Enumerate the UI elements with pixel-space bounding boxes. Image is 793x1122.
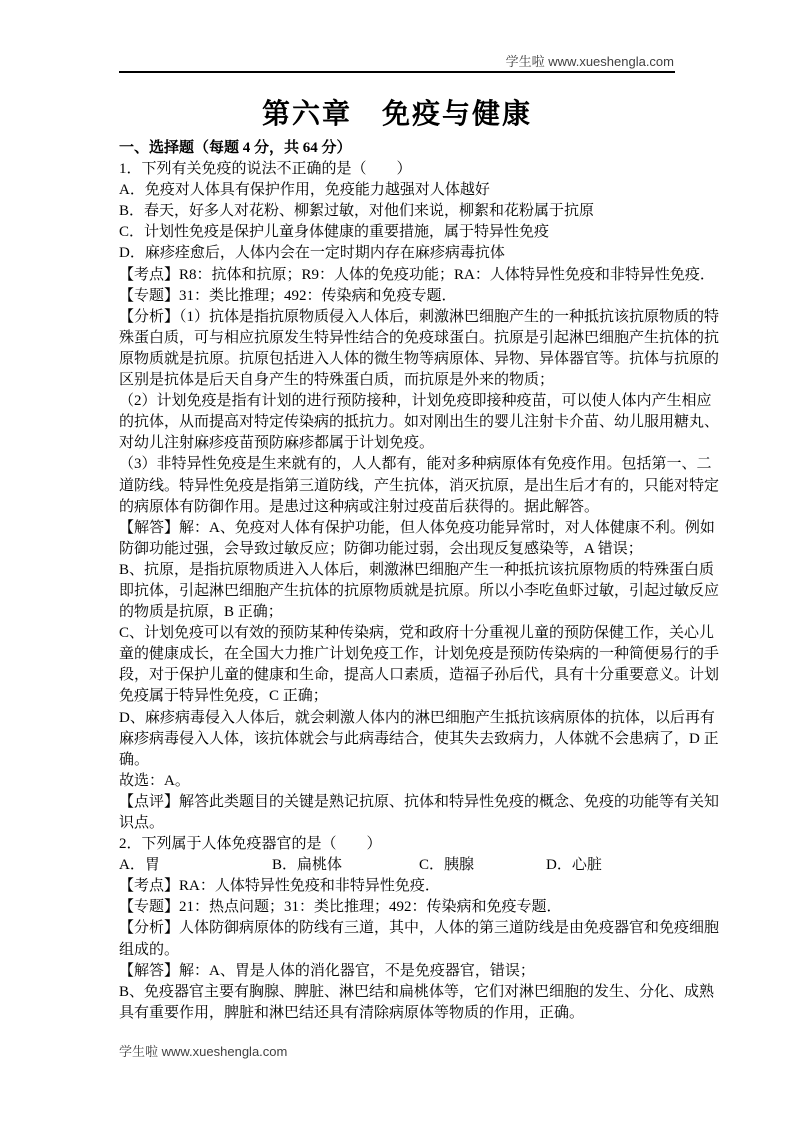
text-line: （2）计划免疫是指有计划的进行预防接种，计划免疫即接种疫苗，可以使人体内产生相应 — [119, 391, 675, 412]
text-line: 【专题】21：热点问题；31：类比推理；492：传染病和免疫专题． — [119, 897, 675, 918]
document-page: 学生啦 www.xueshengla.com 第六章 免疫与健康 一、选择题（每… — [0, 0, 793, 1122]
text-line: 2．下列属于人体免疫器官的是（ ） — [119, 834, 675, 855]
text-line: 【分析】（1）抗体是指抗原物质侵入人体后，刺激淋巴细胞产生的一种抵抗该抗原物质的… — [119, 307, 675, 328]
text-line: 【专题】31：类比推理；492：传染病和免疫专题． — [119, 286, 675, 307]
text-line: 故选：A。 — [119, 771, 675, 792]
text-line: 即抗体，引起淋巴细胞产生抗体的抗原物质就是抗原。所以小李吃鱼虾过敏，引起过敏反应 — [119, 581, 675, 602]
text-line: B、抗原，是指抗原物质进入人体后，刺激淋巴细胞产生一种抵抗该抗原物质的特殊蛋白质 — [119, 560, 675, 581]
text-line: B．春天，好多人对花粉、柳絮过敏，对他们来说，柳絮和花粉属于抗原 — [119, 201, 675, 222]
text-line: 确。 — [119, 750, 675, 771]
text-line: D．麻疹痊愈后，人体内会在一定时期内存在麻疹病毒抗体 — [119, 243, 675, 264]
chapter-title: 第六章 免疫与健康 — [119, 92, 675, 132]
text-line: C、计划免疫可以有效的预防某种传染病，党和政府十分重视儿童的预防保健工作，关心儿 — [119, 623, 675, 644]
text-line: 【点评】解答此类题目的关键是熟记抗原、抗体和特异性免疫的概念、免疫的功能等有关知 — [119, 792, 675, 813]
text-line: D、麻疹病毒侵入人体后，就会刺激人体内的淋巴细胞产生抵抗该病原体的抗体，以后再有 — [119, 708, 675, 729]
answer-option-item: C．胰腺 — [419, 855, 546, 876]
text-line: 【考点】R8：抗体和抗原；R9：人体的免疫功能；RA：人体特异性免疫和非特异性免… — [119, 265, 675, 286]
text-line: 段，对于保护儿童的健康和生命，提高人口素质，造福子孙后代，具有十分重要意义。计划 — [119, 665, 675, 686]
text-line: 原物质就是抗原。抗原包括进入人体的微生物等病原体、异物、异体器官等。抗体与抗原的 — [119, 349, 675, 370]
answer-option-item: A．胃 — [119, 855, 272, 876]
text-line: 组成的。 — [119, 940, 675, 961]
text-line: 的抗体，从而提高对特定传染病的抵抗力。如对刚出生的婴儿注射卡介苗、幼儿服用糖丸、 — [119, 412, 675, 433]
text-line: 的病原体有防御作用。是患过这种病或注射过疫苗后获得的。据此解答。 — [119, 497, 675, 518]
text-line: B、免疫器官主要有胸腺、脾脏、淋巴结和扁桃体等，它们对淋巴细胞的发生、分化、成熟 — [119, 982, 675, 1003]
text-line: 麻疹病毒侵入人体，该抗体就会与此病毒结合，使其失去致病力，人体就不会患病了，D … — [119, 729, 675, 750]
text-line: 识点。 — [119, 813, 675, 834]
header-site-watermark: 学生啦 www.xueshengla.com — [506, 51, 674, 70]
answer-option-item: B．扁桃体 — [272, 855, 419, 876]
text-line: 区别是抗体是后天自身产生的特殊蛋白质，而抗原是外来的物质； — [119, 370, 675, 391]
answer-option-row: A．胃B．扁桃体C．胰腺D．心脏 — [119, 855, 675, 876]
text-line: 对幼儿注射麻疹疫苗预防麻疹都属于计划免疫。 — [119, 433, 675, 454]
text-line: 防御功能过强，会导致过敏反应；防御功能过弱，会出现反复感染等，A 错误； — [119, 539, 675, 560]
text-line: 道防线。特异性免疫是指第三道防线，产生抗体，消灭抗原，是出生后才有的，只能对特定 — [119, 476, 675, 497]
text-line: 【解答】解：A、免疫对人体有保护功能，但人体免疫功能异常时，对人体健康不利。例如 — [119, 518, 675, 539]
text-line: 1．下列有关免疫的说法不正确的是（ ） — [119, 159, 675, 180]
text-line: （3）非特异性免疫是生来就有的，人人都有，能对多种病原体有免疫作用。包括第一、二 — [119, 454, 675, 475]
footer-site-watermark: 学生啦 www.xueshengla.com — [119, 1041, 287, 1060]
text-line: 【考点】RA：人体特异性免疫和非特异性免疫． — [119, 876, 675, 897]
text-line: 童的健康成长，在全国大力推广计划免疫工作，计划免疫是预防传染病的一种简便易行的手 — [119, 644, 675, 665]
document-body: 一、选择题（每题 4 分，共 64 分）1．下列有关免疫的说法不正确的是（ ）A… — [119, 138, 675, 1024]
text-line: C．计划性免疫是保护儿童身体健康的重要措施，属于特异性免疫 — [119, 222, 675, 243]
text-line: 具有重要作用，脾脏和淋巴结还具有清除病原体等物质的作用，正确。 — [119, 1003, 675, 1024]
text-line: A．免疫对人体具有保护作用，免疫能力越强对人体越好 — [119, 180, 675, 201]
text-line: 【分析】人体防御病原体的防线有三道，其中，人体的第三道防线是由免疫器官和免疫细胞 — [119, 918, 675, 939]
text-line: 殊蛋白质，可与相应抗原发生特异性结合的免疫球蛋白。抗原是引起淋巴细胞产生抗体的抗 — [119, 328, 675, 349]
text-line: 免疫属于特异性免疫，C 正确； — [119, 686, 675, 707]
text-line: 的物质是抗原，B 正确； — [119, 602, 675, 623]
text-line: 【解答】解：A、胃是人体的消化器官，不是免疫器官，错误； — [119, 961, 675, 982]
text-line: 一、选择题（每题 4 分，共 64 分） — [119, 138, 675, 159]
answer-option-item: D．心脏 — [546, 855, 675, 876]
header-divider-rule — [119, 71, 675, 73]
